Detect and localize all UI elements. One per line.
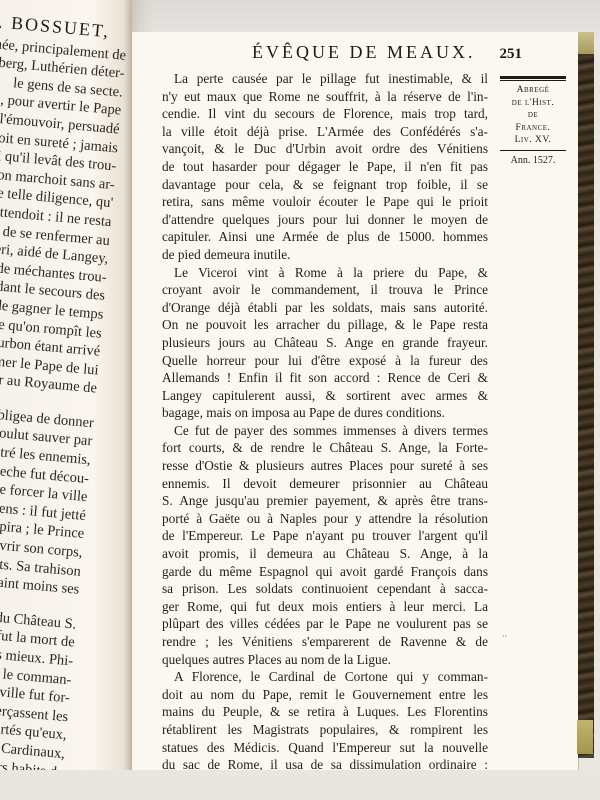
book-edge-top bbox=[578, 32, 594, 54]
margin-note-line: de bbox=[500, 109, 566, 122]
body-text-line: la ville étoit déjà prise. L'Armée des C… bbox=[162, 123, 488, 141]
left-running-head: DE M. BOSSUET, bbox=[0, 0, 111, 41]
body-text-line: plusieurs jours au Château S. Ange en gr… bbox=[162, 334, 488, 352]
margin-divider bbox=[500, 150, 566, 151]
margin-note-lines: Abregéde l'Hist.deFrance.Liv. XV. bbox=[500, 84, 566, 147]
body-text-line: Quelle horreur pour lui d'être exposé à … bbox=[162, 352, 488, 370]
margin-note-line: Liv. XV. bbox=[500, 134, 566, 147]
body-text-line: S. Ange jusqu'au premier payement, & apr… bbox=[162, 492, 488, 510]
body-text-line: avoit promis, il demeura au Château S. A… bbox=[162, 545, 488, 563]
book-edge-bottom bbox=[577, 720, 593, 754]
body-text-line: fort courts, & de rendre le Château S. A… bbox=[162, 439, 488, 457]
body-text-line: d'Orange déjà établi par les soldats, ma… bbox=[162, 299, 488, 317]
body-text-line: de pied demeura inutile. bbox=[162, 246, 488, 264]
body-text-line: quelques autres Places au nom de la Ligu… bbox=[162, 651, 488, 669]
running-head: ÉVÊQUE DE MEAUX. 251 bbox=[212, 42, 522, 63]
body-text-line: ger Rome, qui fut deux mois entiers à le… bbox=[162, 598, 488, 616]
page-number: 251 bbox=[500, 46, 523, 63]
body-text-line: bagage, mais on imposa au Pape de dures … bbox=[162, 404, 488, 422]
left-page-text: DE M. BOSSUET, toute l'armée, principale… bbox=[0, 0, 130, 772]
body-text-line: de l'Empereur. Le Pape n'ayant pu trouve… bbox=[162, 527, 488, 545]
body-text-line: rétablirent les Magistrats populaires, &… bbox=[162, 721, 488, 739]
left-page-lines: toute l'armée, principalement deque Fron… bbox=[0, 20, 127, 772]
body-text-line: A Florence, le Cardinal de Cortone qui y… bbox=[162, 668, 488, 686]
body-text-line: ennemis. Il devoit demeurer prisonnier a… bbox=[162, 475, 488, 493]
body-text-line: Le Viceroi vint à Rome à la priere du Pa… bbox=[162, 264, 488, 282]
body-text-line: n'y eut maux que Rome ne souffrit, à la … bbox=[162, 88, 488, 106]
right-page: ÉVÊQUE DE MEAUX. 251 La perte causée par… bbox=[132, 32, 579, 770]
body-text-line: sa prison. Les soldats continuoient cepe… bbox=[162, 580, 488, 598]
body-text-line: croyant avoir le commandement, il trouva… bbox=[162, 281, 488, 299]
body-text-line: mains du Peuple, & se retira à Luques. L… bbox=[162, 703, 488, 721]
background-bottom bbox=[0, 770, 600, 800]
left-page: DE M. BOSSUET, toute l'armée, principale… bbox=[0, 0, 132, 772]
stray-mark: ·· bbox=[502, 632, 507, 641]
margin-year: Ann. 1527. bbox=[500, 155, 566, 166]
body-text-line: doit au nom du Pape, remit le Gouverneme… bbox=[162, 686, 488, 704]
body-text-line: statues des Médicis. Quand l'Empereur su… bbox=[162, 739, 488, 757]
margin-note-line: Abregé bbox=[500, 84, 566, 97]
body-text-line: Ce fut de payer des sommes immenses à di… bbox=[162, 422, 488, 440]
body-text-line: resse d'Ostie & plusieurs autres Places … bbox=[162, 457, 488, 475]
body-text-line: d'attendre quelques jours pour lui donne… bbox=[162, 211, 488, 229]
body-text-line: garde du même Espagnol qui avoit gardé F… bbox=[162, 563, 488, 581]
book-edge-marbled bbox=[578, 32, 594, 758]
body-text: La perte causée par le pillage fut inest… bbox=[162, 70, 488, 791]
margin-rule bbox=[500, 76, 566, 81]
margin-note-line: de l'Hist. bbox=[500, 97, 566, 110]
body-text-line: retira, sans même vouloir écouter le Pap… bbox=[162, 193, 488, 211]
body-text-line: Langey capitulerent aussi, & sortirent a… bbox=[162, 387, 488, 405]
body-text-line: La perte causée par le pillage fut inest… bbox=[162, 70, 488, 88]
margin-note-line: France. bbox=[500, 122, 566, 135]
body-text-line: rendre ; les Vénitiens s'emparerent de R… bbox=[162, 633, 488, 651]
body-text-line: cendie. Il vint du secours de Florence, … bbox=[162, 105, 488, 123]
body-text-line: plûpart des villes cédées par le Pape ne… bbox=[162, 615, 488, 633]
body-text-line: porté à Gaëte ou à Naples pour y attendr… bbox=[162, 510, 488, 528]
margin-note: Abregéde l'Hist.deFrance.Liv. XV. Ann. 1… bbox=[500, 76, 566, 166]
body-text-line: capituler. Ainsi une Armée de plus de 15… bbox=[162, 228, 488, 246]
running-title: ÉVÊQUE DE MEAUX. bbox=[252, 42, 475, 63]
body-text-line: davantage pour cela, & se feignant trop … bbox=[162, 176, 488, 194]
body-text-line: de tout hasarder pour dégager le Pape, i… bbox=[162, 158, 488, 176]
body-text-line: vançoit, & le Duc d'Urbin avoit ordre de… bbox=[162, 140, 488, 158]
body-text-line: On ne pouvoit les arracher du pillage, &… bbox=[162, 316, 488, 334]
body-text-line: Allemands ! Enfin il fit son accord : Re… bbox=[162, 369, 488, 387]
